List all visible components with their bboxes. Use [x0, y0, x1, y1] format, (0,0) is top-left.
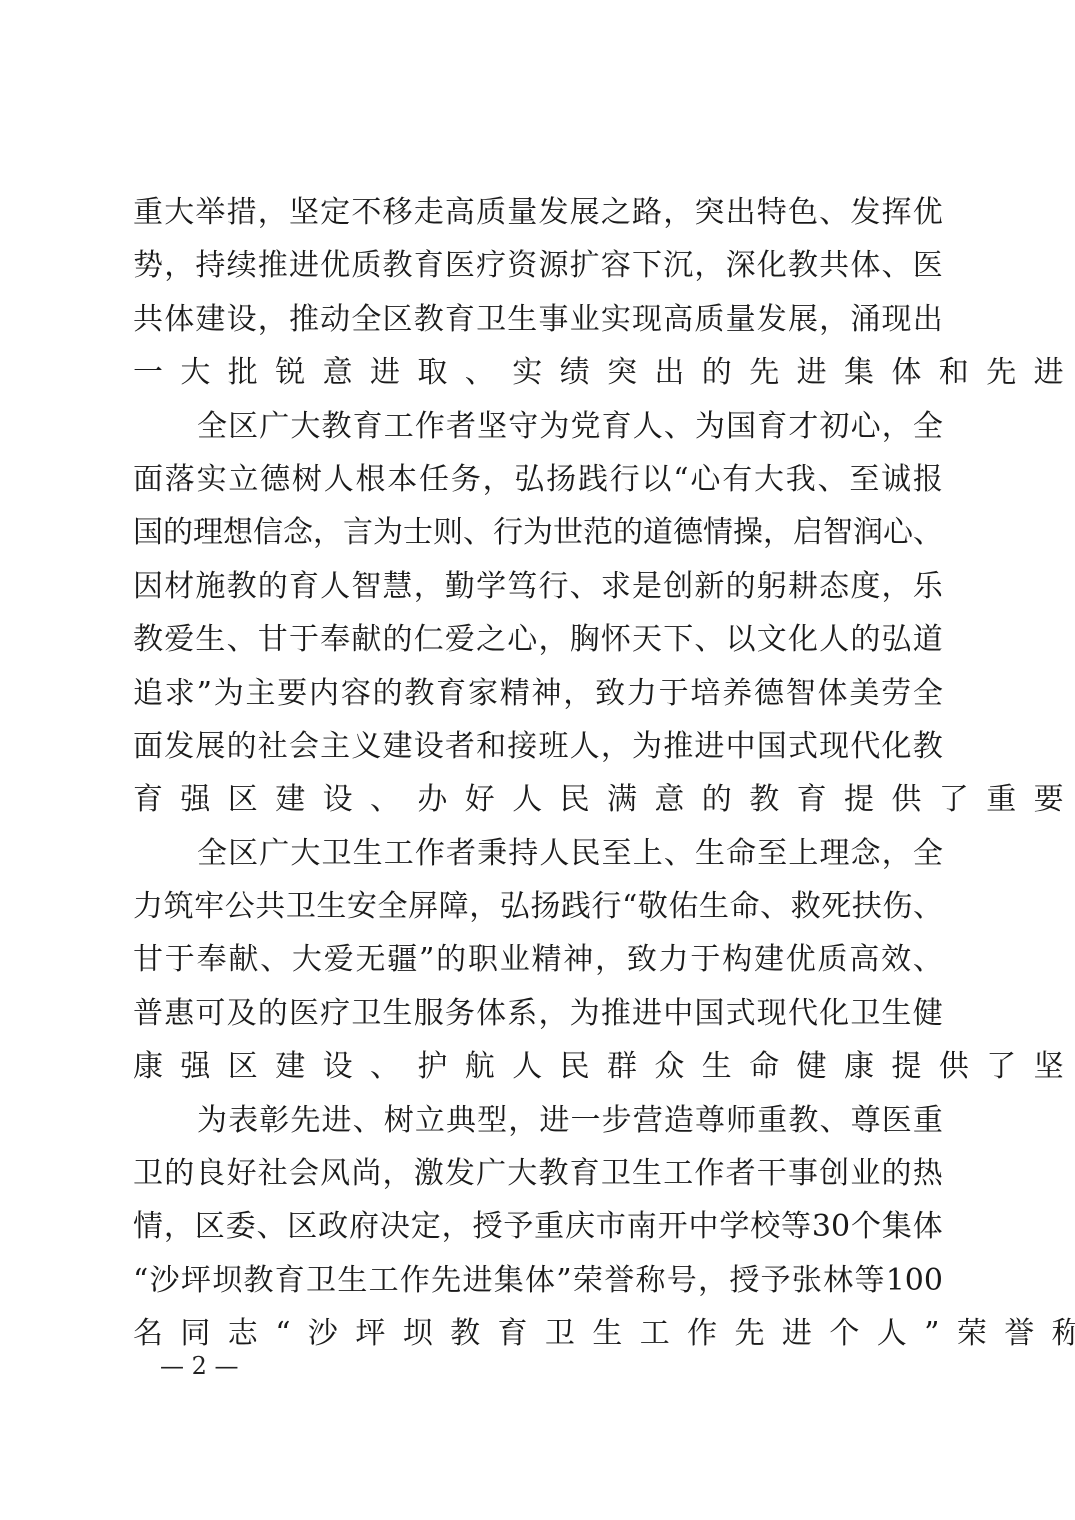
paragraph-4-line-5: 名同志“沙坪坝教育卫生工作先进个人”荣誉称号。 [133, 1316, 943, 1369]
paragraph-4-line-3: 情，区委、区政府决定，授予重庆市南开中学校等30个集体 [133, 1209, 943, 1262]
paragraph-2-line-6: 追求”为主要内容的教育家精神，致力于培养德智体美劳全 [133, 676, 943, 729]
paragraph-2-line-1: 全区广大教育工作者坚守为党育人、为国育才初心，全 [133, 409, 943, 462]
paragraph-3-line-2: 力筑牢公共卫生安全屏障，弘扬践行“敬佑生命、救死扶伤、 [133, 889, 943, 942]
paragraph-2-line-2: 面落实立德树人根本任务，弘扬践行以“心有大我、至诚报 [133, 462, 943, 515]
paragraph-3-line-5: 康强区建设、护航人民群众生命健康提供了坚实保障。 [133, 1049, 943, 1102]
document-body: 重大举措，坚定不移走高质量发展之路，突出特色、发挥优 势，持续推进优质教育医疗资… [133, 195, 943, 1370]
paragraph-1-line-2: 势，持续推进优质教育医疗资源扩容下沉，深化教共体、医 [133, 248, 943, 301]
paragraph-3-line-3: 甘于奉献、大爱无疆”的职业精神，致力于构建优质高效、 [133, 942, 943, 995]
paragraph-2-line-5: 教爱生、甘于奉献的仁爱之心，胸怀天下、以文化人的弘道 [133, 622, 943, 675]
paragraph-2-line-8: 育强区建设、办好人民满意的教育提供了重要支撑。 [133, 782, 943, 835]
paragraph-1-line-4: 一大批锐意进取、实绩突出的先进集体和先进个人。 [133, 355, 943, 408]
paragraph-4-line-2: 卫的良好社会风尚，激发广大教育卫生工作者干事创业的热 [133, 1156, 943, 1209]
paragraph-2-line-4: 因材施教的育人智慧，勤学笃行、求是创新的躬耕态度，乐 [133, 569, 943, 622]
paragraph-4-line-4: “沙坪坝教育卫生工作先进集体”荣誉称号，授予张林等100 [133, 1263, 943, 1316]
paragraph-3-line-1: 全区广大卫生工作者秉持人民至上、生命至上理念，全 [133, 836, 943, 889]
paragraph-3-line-4: 普惠可及的医疗卫生服务体系，为推进中国式现代化卫生健 [133, 996, 943, 1049]
paragraph-1-line-3: 共体建设，推动全区教育卫生事业实现高质量发展，涌现出 [133, 302, 943, 355]
paragraph-2-line-7: 面发展的社会主义建设者和接班人，为推进中国式现代化教 [133, 729, 943, 782]
paragraph-4-line-1: 为表彰先进、树立典型，进一步营造尊师重教、尊医重 [133, 1103, 943, 1156]
page-number: — 2 — [160, 1352, 239, 1380]
paragraph-2-line-3: 国的理想信念，言为士则、行为世范的道德情操，启智润心、 [133, 515, 943, 568]
document-page: 重大举措，坚定不移走高质量发展之路，突出特色、发挥优 势，持续推进优质教育医疗资… [0, 0, 1075, 1520]
paragraph-1-line-1: 重大举措，坚定不移走高质量发展之路，突出特色、发挥优 [133, 195, 943, 248]
